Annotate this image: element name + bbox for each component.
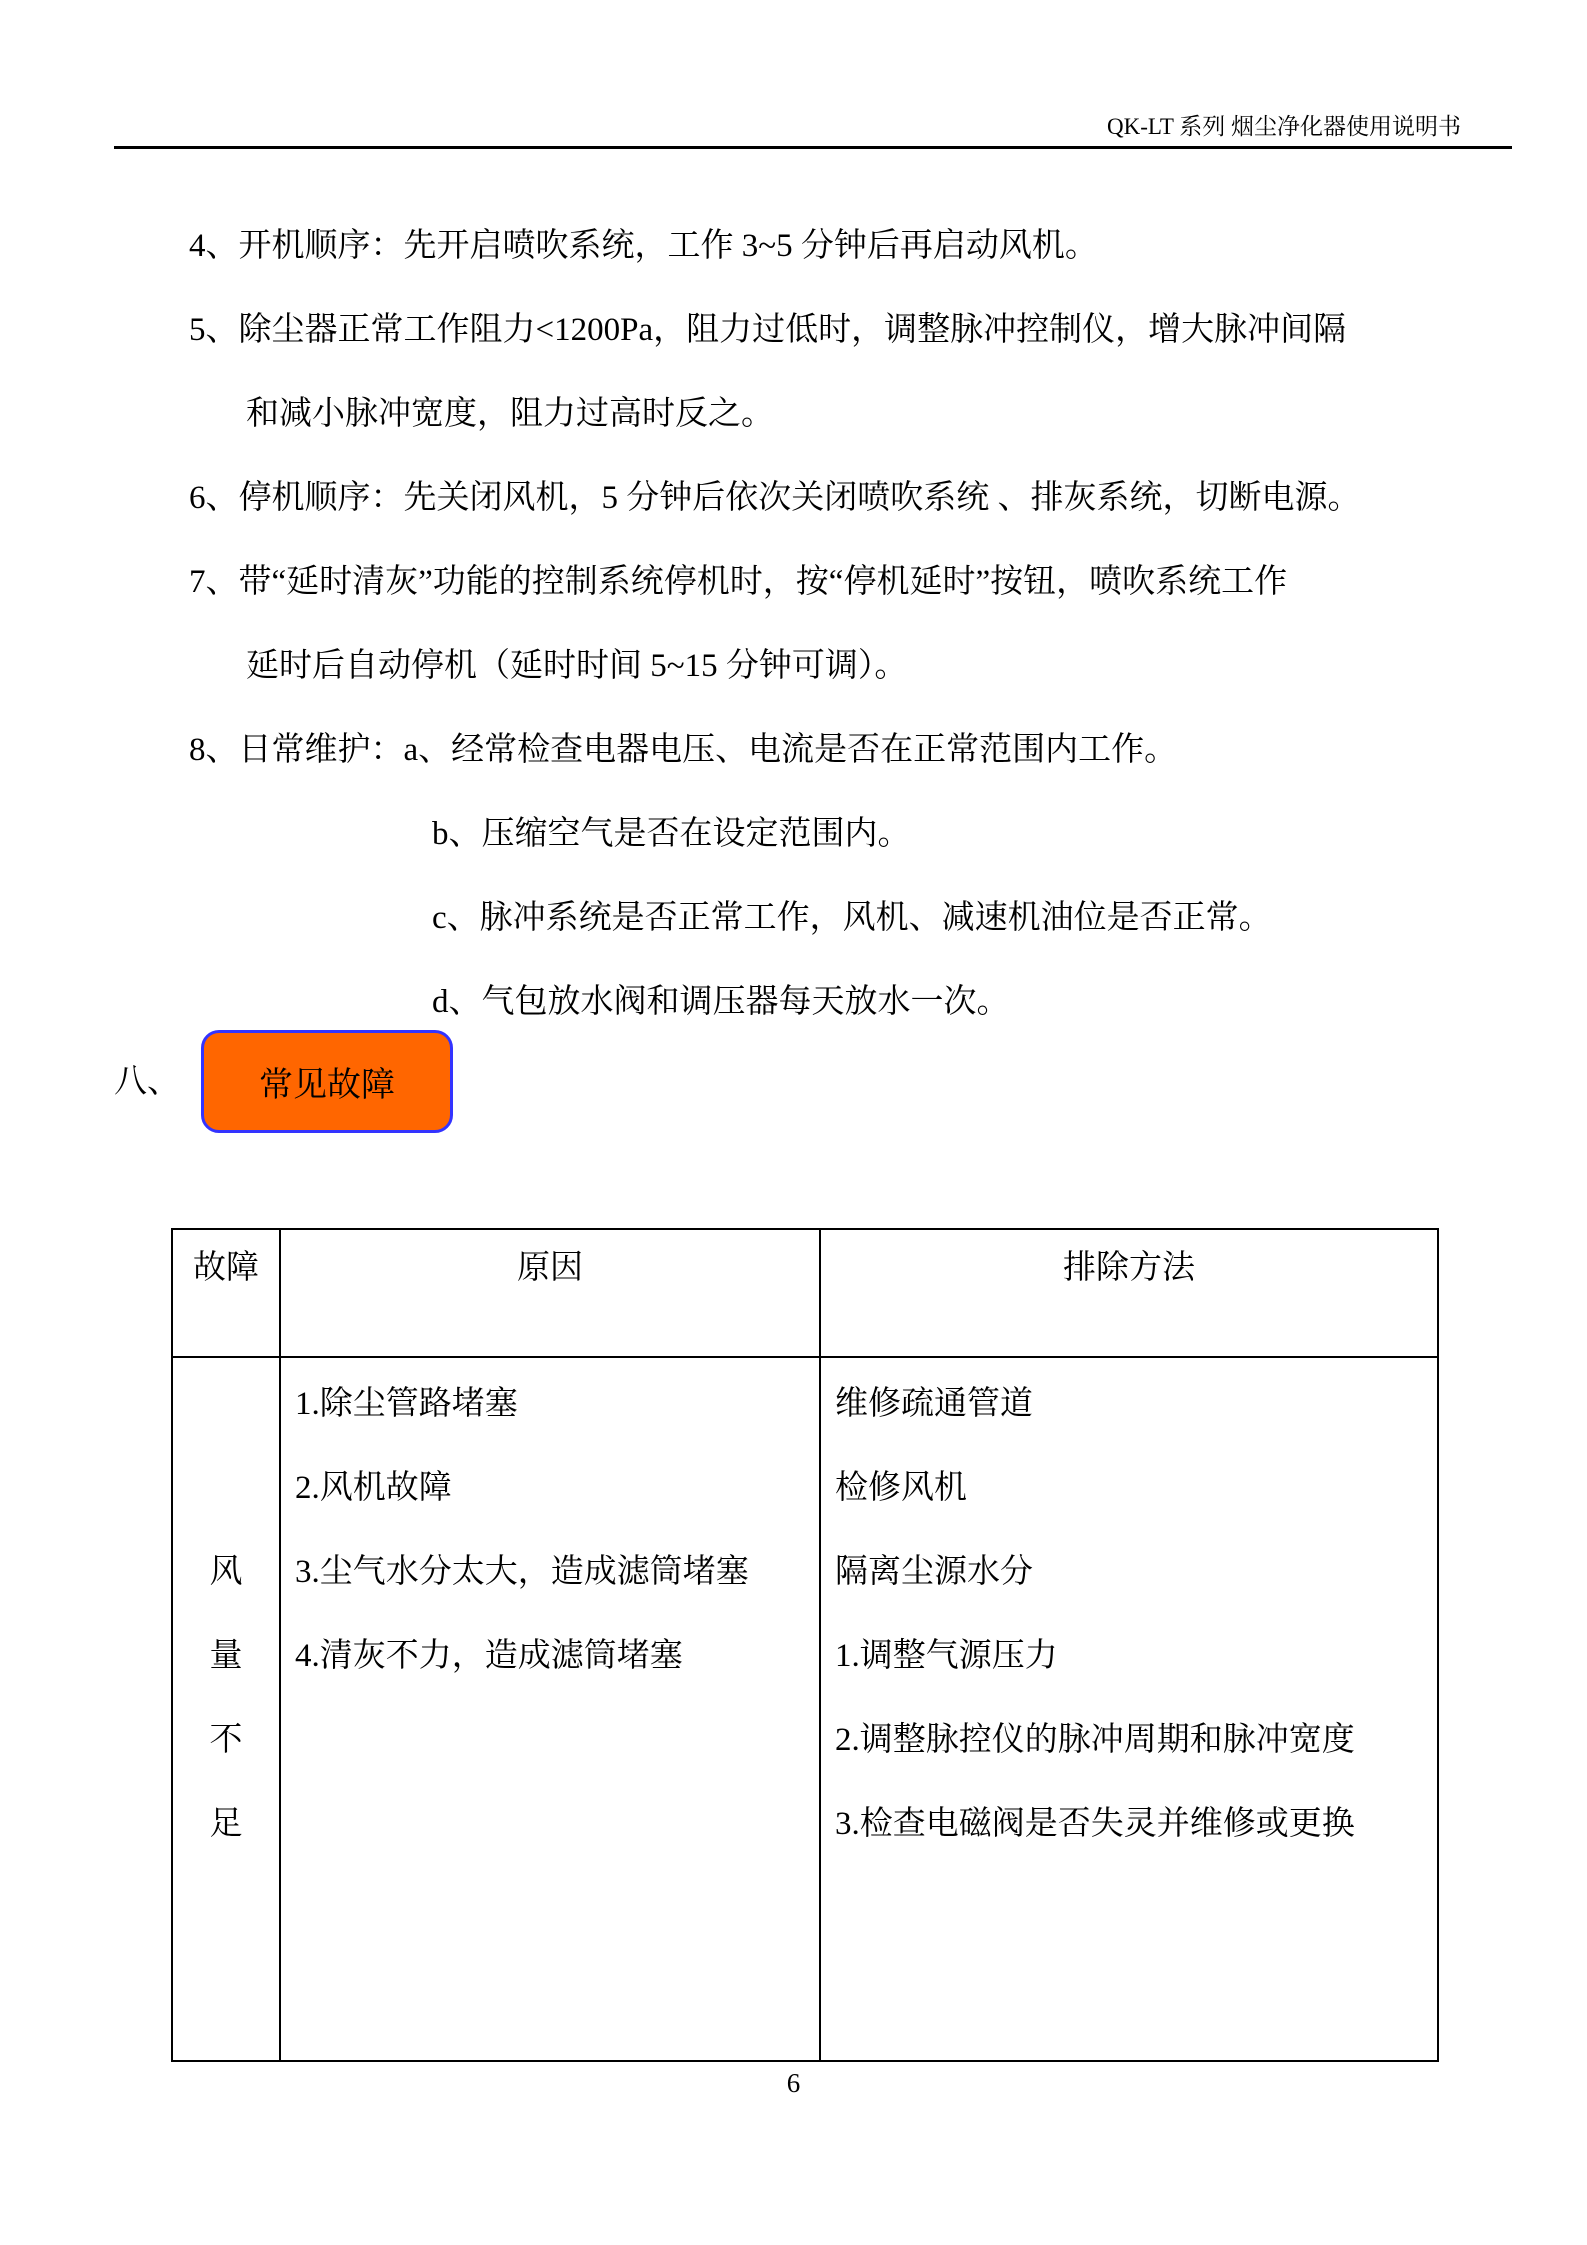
page-header-title: QK-LT 系列 烟尘净化器使用说明书 (1107, 112, 1461, 142)
fault-char: 不 (173, 1698, 279, 1782)
maintenance-subitem: b、压缩空气是否在设定范围内。 (432, 812, 911, 856)
table-header-row: 故障 原因 排除方法 (172, 1229, 1438, 1357)
fix-item: 2.调整脉控仪的脉冲周期和脉冲宽度 (835, 1698, 1437, 1782)
instruction-line: 4、开机顺序：先开启喷吹系统，工作 3~5 分钟后再启动风机。 (189, 224, 1098, 268)
cause-item: 3.尘气水分太大，造成滤筒堵塞 (295, 1530, 819, 1614)
section-number: 八、 (114, 1060, 180, 1104)
cause-item: 4.清灰不力，造成滤筒堵塞 (295, 1614, 819, 1698)
header-rule (114, 146, 1512, 149)
fault-table: 故障 原因 排除方法 风 量 不 足 1.除尘管路堵塞 2.风机故障 3.尘气水… (171, 1228, 1439, 2062)
header-cell-fault: 故障 (172, 1229, 280, 1357)
instruction-line: 8、日常维护：a、经常检查电器电压、电流是否在正常范围内工作。 (189, 728, 1177, 772)
fault-cell: 风 量 不 足 (172, 1357, 280, 2061)
instruction-line: 延时后自动停机（延时时间 5~15 分钟可调）。 (246, 644, 907, 688)
instruction-line: 6、停机顺序：先关闭风机，5 分钟后依次关闭喷吹系统 、排灰系统，切断电源。 (189, 476, 1361, 520)
cause-item: 2.风机故障 (295, 1446, 819, 1530)
instruction-line: 5、除尘器正常工作阻力<1200Pa，阻力过低时，调整脉冲控制仪，增大脉冲间隔 (189, 308, 1346, 352)
fix-item: 1.调整气源压力 (835, 1614, 1437, 1698)
header-cell-cause: 原因 (280, 1229, 820, 1357)
maintenance-subitem: c、脉冲系统是否正常工作，风机、减速机油位是否正常。 (432, 896, 1272, 940)
fix-item: 检修风机 (835, 1446, 1437, 1530)
header-cell-fix: 排除方法 (820, 1229, 1438, 1357)
section-title-badge: 常见故障 (201, 1030, 453, 1133)
fix-item: 维修疏通管道 (835, 1362, 1437, 1446)
fault-char: 量 (173, 1614, 279, 1698)
instruction-line: 和减小脉冲宽度，阻力过高时反之。 (246, 392, 774, 436)
maintenance-subitem: d、气包放水阀和调压器每天放水一次。 (432, 980, 1010, 1024)
fix-item: 3.检查电磁阀是否失灵并维修或更换 (835, 1782, 1437, 1866)
cause-item: 1.除尘管路堵塞 (295, 1362, 819, 1446)
section-title: 常见故障 (259, 1057, 395, 1106)
fault-char: 风 (173, 1530, 279, 1614)
instruction-line: 7、带“延时清灰”功能的控制系统停机时，按“停机延时”按钮，喷吹系统工作 (189, 560, 1287, 604)
cause-cell: 1.除尘管路堵塞 2.风机故障 3.尘气水分太大，造成滤筒堵塞 4.清灰不力，造… (280, 1357, 820, 2061)
table-row: 风 量 不 足 1.除尘管路堵塞 2.风机故障 3.尘气水分太大，造成滤筒堵塞 … (172, 1357, 1438, 2061)
fix-cell: 维修疏通管道 检修风机 隔离尘源水分 1.调整气源压力 2.调整脉控仪的脉冲周期… (820, 1357, 1438, 2061)
page-number: 6 (0, 2068, 1587, 2099)
fault-char: 足 (173, 1782, 279, 1866)
fix-item: 隔离尘源水分 (835, 1530, 1437, 1614)
